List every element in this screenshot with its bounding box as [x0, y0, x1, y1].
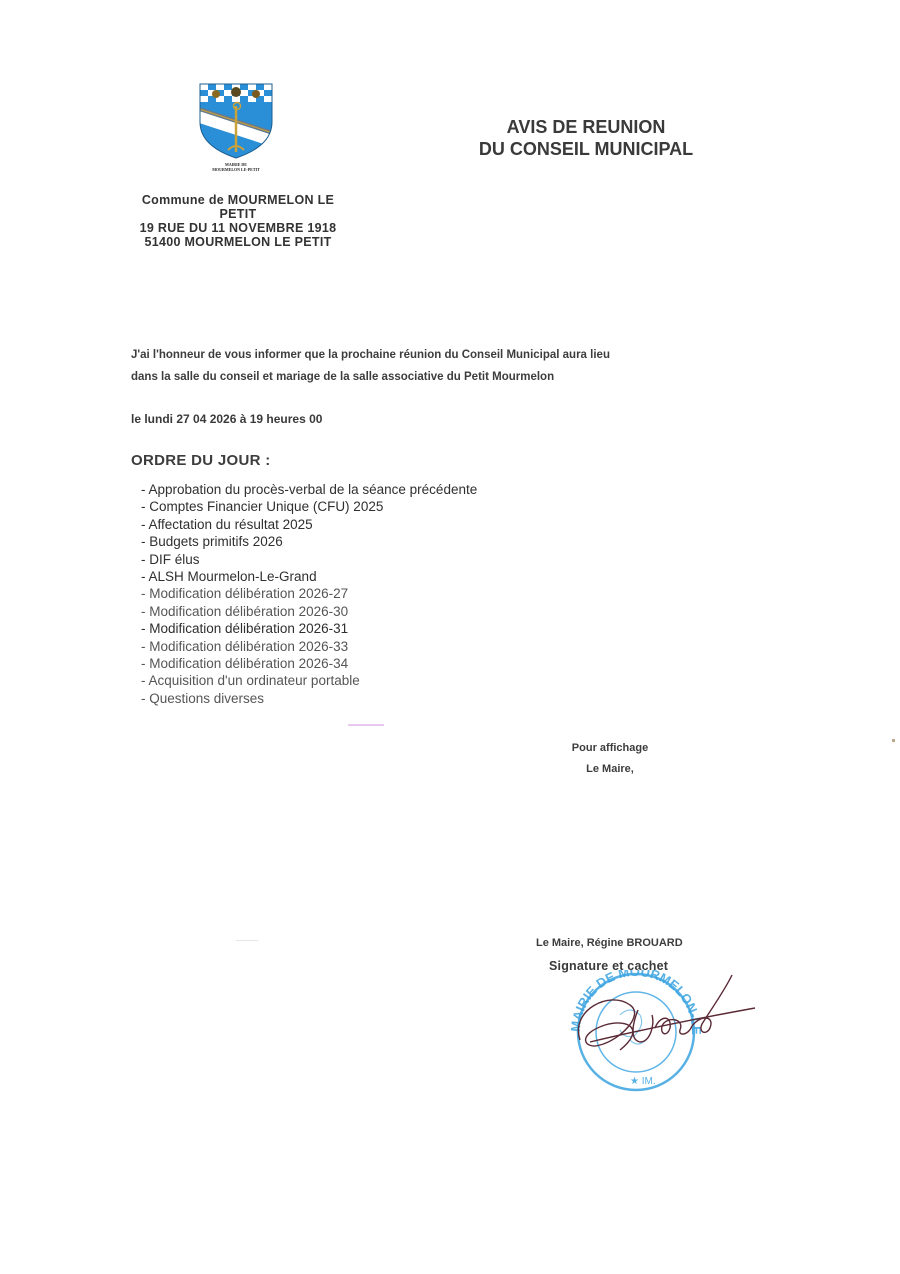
agenda-item: - Questions diverses [141, 690, 477, 707]
agenda-item: - Modification délibération 2026-27 [141, 585, 477, 602]
agenda-item: - Comptes Financier Unique (CFU) 2025 [141, 498, 477, 515]
address-line: 19 RUE DU 11 NOVEMBRE 1918 [128, 221, 348, 235]
logo-caption-line: MOURMELON LE-PETIT [196, 167, 276, 172]
agenda-item: - Modification délibération 2026-31 [141, 620, 477, 637]
agenda-item: - Affectation du résultat 2025 [141, 516, 477, 533]
posting-note: Pour affichage Le Maire, [560, 738, 660, 780]
official-stamp-and-signature: MAIRIE DE MOURMELON-LE-PETIT ★ IM. [560, 970, 760, 1095]
title-line: DU CONSEIL MUNICIPAL [450, 138, 722, 160]
posting-line: Pour affichage [560, 738, 660, 759]
intro-line: dans la salle du conseil et mariage de l… [131, 367, 731, 389]
agenda-item: - ALSH Mourmelon-Le-Grand [141, 568, 477, 585]
mayor-name: Le Maire, Régine BROUARD [536, 937, 683, 949]
intro-paragraph: J'ai l'honneur de vous informer que la p… [131, 345, 731, 388]
title-line: AVIS DE REUNION [450, 116, 722, 138]
agenda-item: - Modification délibération 2026-34 [141, 655, 477, 672]
intro-line: J'ai l'honneur de vous informer que la p… [131, 345, 731, 367]
address-line: Commune de MOURMELON LE [128, 193, 348, 207]
scan-artifact [892, 739, 895, 742]
agenda-item: - Modification délibération 2026-33 [141, 638, 477, 655]
address-line: 51400 MOURMELON LE PETIT [128, 235, 348, 249]
agenda-heading: ORDRE DU JOUR : [131, 452, 271, 469]
logo-caption: MAIRIE DE MOURMELON LE-PETIT [196, 162, 276, 172]
address-line: PETIT [128, 207, 348, 221]
agenda-item: - Budgets primitifs 2026 [141, 533, 477, 550]
agenda-item: - DIF élus [141, 551, 477, 568]
commune-address: Commune de MOURMELON LE PETIT 19 RUE DU … [128, 193, 348, 249]
shield-icon [196, 80, 276, 160]
meeting-date: le lundi 27 04 2026 à 19 heures 00 [131, 412, 322, 426]
scan-artifact [348, 724, 384, 726]
agenda-item: - Approbation du procès-verbal de la séa… [141, 481, 477, 498]
posting-line: Le Maire, [560, 759, 660, 780]
document-title: AVIS DE REUNION DU CONSEIL MUNICIPAL [450, 116, 722, 160]
svg-text:★ IM.: ★ IM. [630, 1076, 656, 1087]
scan-artifact [236, 940, 258, 941]
agenda-list: - Approbation du procès-verbal de la séa… [141, 481, 477, 707]
stamp-icon: MAIRIE DE MOURMELON-LE-PETIT ★ IM. [560, 970, 760, 1095]
svg-text:MAIRIE DE MOURMELON-LE-PETIT: MAIRIE DE MOURMELON-LE-PETIT [560, 970, 704, 1035]
agenda-item: - Modification délibération 2026-30 [141, 603, 477, 620]
agenda-item: - Acquisition d'un ordinateur portable [141, 672, 477, 689]
